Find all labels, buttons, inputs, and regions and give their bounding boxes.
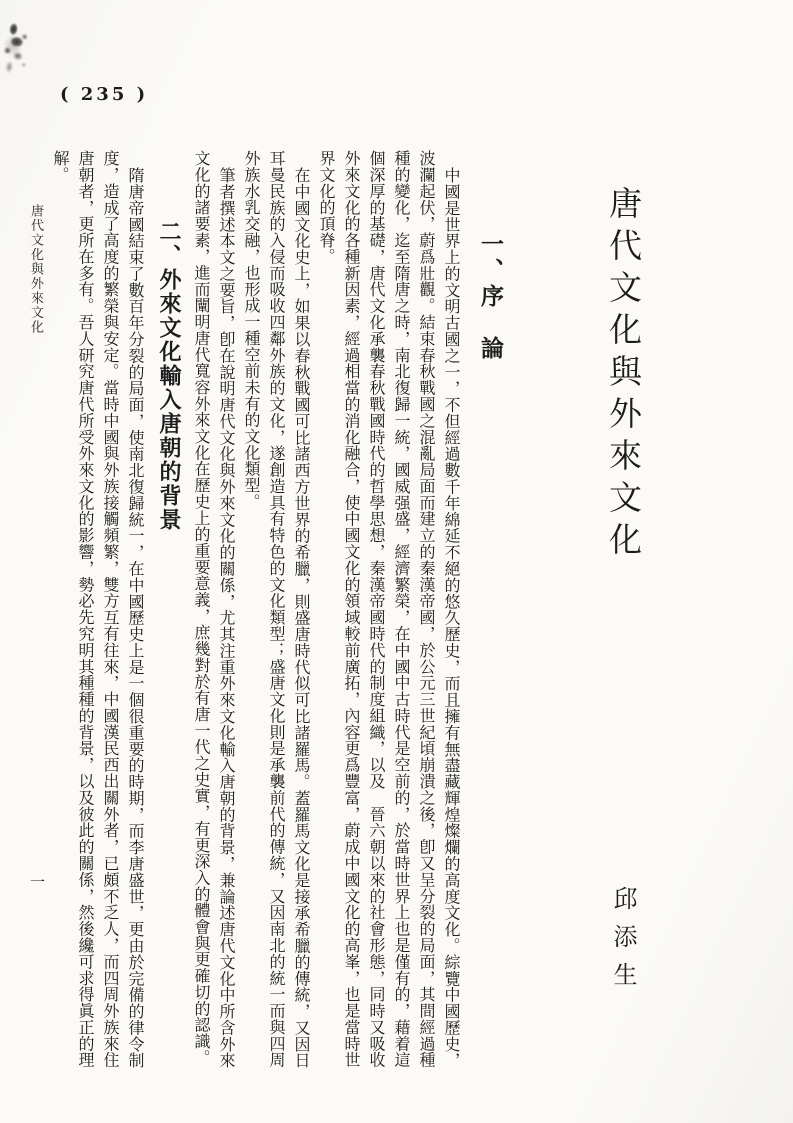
paragraph-4: 隋唐帝國結束了數百年分裂的局面，使南北復歸統一，在中國歷史上是一個很重要的時期，… [48, 150, 148, 1068]
article-author: 邱添生 [606, 886, 641, 1000]
folio-number: 一 [27, 874, 48, 889]
paragraph-2: 在中國文化史上，如果以春秋戰國可比諸西方世界的希臘，則盛唐時代似可比諸羅馬。蓋羅… [239, 150, 314, 1068]
scan-smudge-artifact [0, 10, 40, 86]
scanned-document-page: ( 235 ) 唐代文化與外來文化 邱添生 一、序 論 中國是世界上的文明古國之… [0, 0, 793, 1123]
paragraph-3: 筆者撰述本文之要旨，卽在說明唐代文化與外來文化的關係，尤其注重外來文化輸入唐朝的… [189, 150, 239, 1068]
running-title: 唐代文化與外來文化 [26, 204, 45, 335]
section-heading-1: 一、序 論 [476, 150, 504, 1068]
page-number-top: ( 235 ) [60, 84, 148, 105]
section-heading-2: 二、外來文化輸入唐朝的背景 [155, 150, 182, 1068]
article-title: 唐代文化與外來文化 [600, 186, 647, 564]
paragraph-1: 中國是世界上的文明古國之一，不但經過數千年綿延不絕的悠久歷史，而且擁有無盡藏輝煌… [314, 150, 464, 1068]
article-body: 一、序 論 中國是世界上的文明古國之一，不但經過數千年綿延不絕的悠久歷史，而且擁… [48, 150, 516, 1068]
